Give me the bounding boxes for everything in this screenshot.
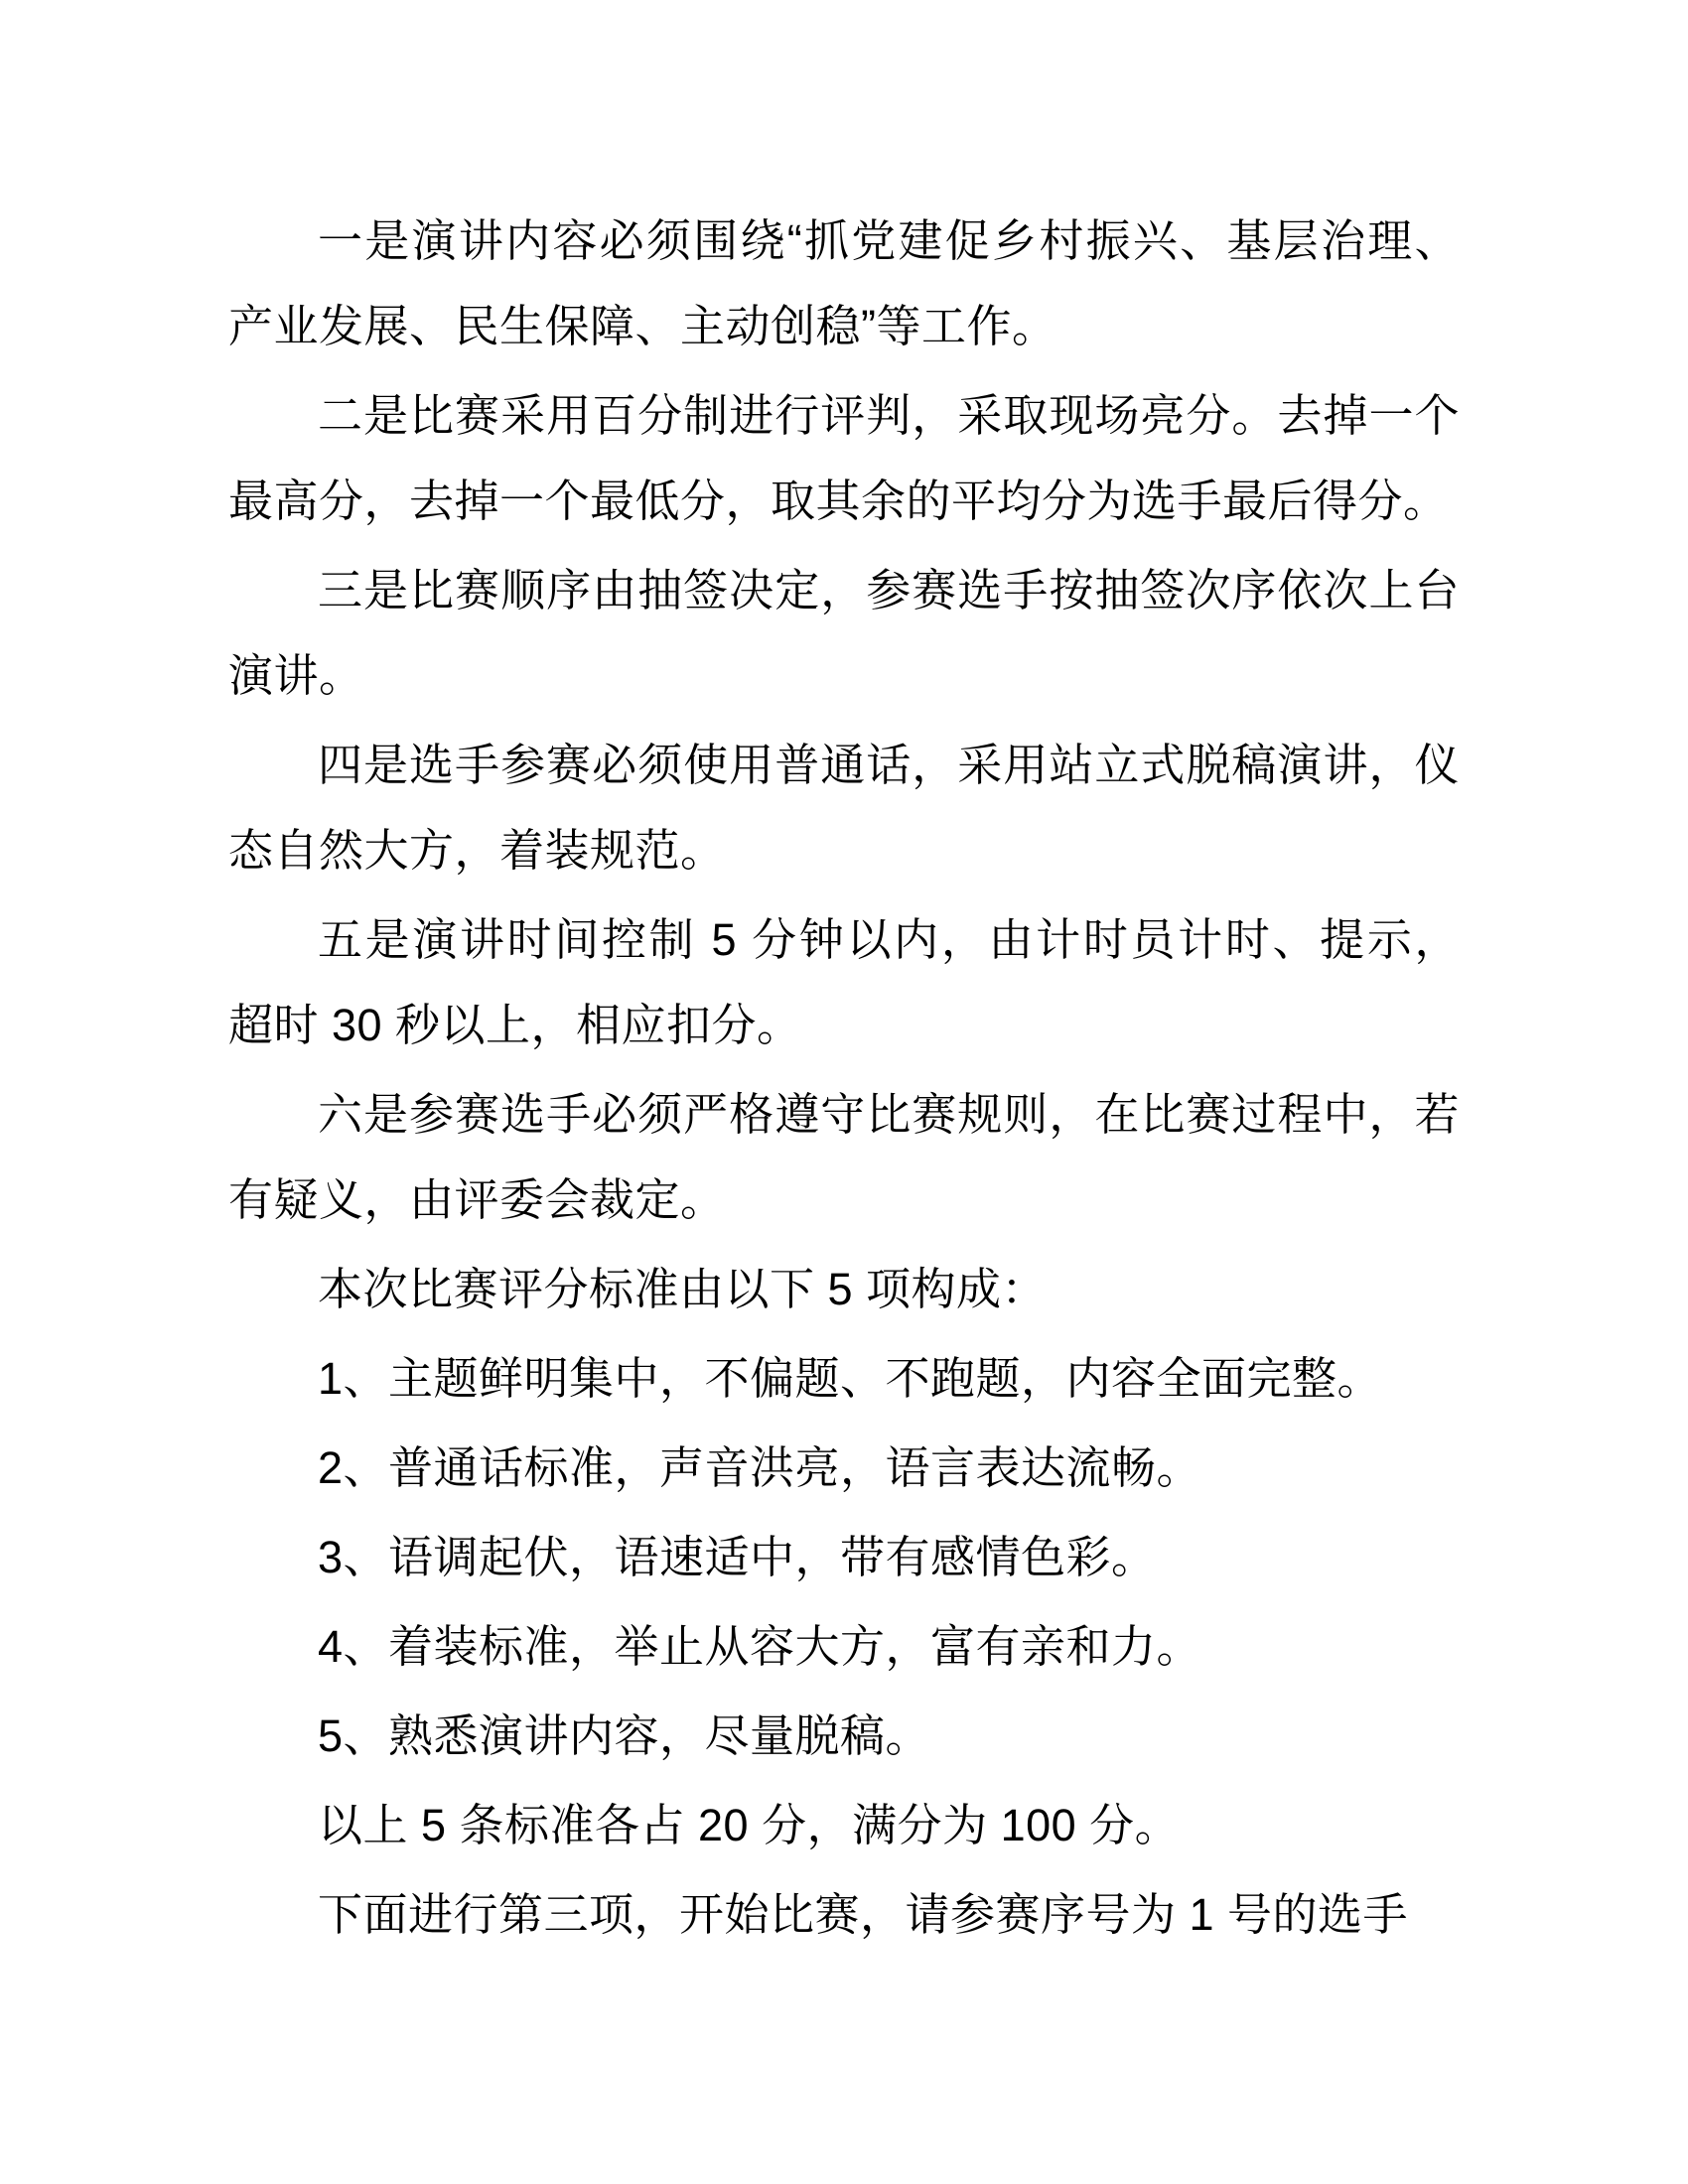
text-line: 三是比赛顺序由抽签决定，参赛选手按抽签次序依次上台	[228, 548, 1460, 633]
text-line: 态自然大方，着装规范。	[228, 808, 1460, 893]
paragraph: 4、着装标准，举止从容大方，富有亲和力。	[228, 1604, 1460, 1690]
paragraph: 四是选手参赛必须使用普通话，采用站立式脱稿演讲，仪 态自然大方，着装规范。	[228, 723, 1460, 893]
text-line: 5、熟悉演讲内容，尽量脱稿。	[228, 1694, 1460, 1779]
text-line: 演讲。	[228, 633, 1460, 719]
text-line: 四是选手参赛必须使用普通话，采用站立式脱稿演讲，仪	[228, 723, 1460, 808]
paragraph: 以上 5 条标准各占 20 分，满分为 100 分。	[228, 1783, 1460, 1868]
paragraph: 三是比赛顺序由抽签决定，参赛选手按抽签次序依次上台 演讲。	[228, 548, 1460, 719]
paragraph: 下面进行第三项，开始比赛，请参赛序号为 1 号的选手	[228, 1872, 1460, 1958]
text-line: 4、着装标准，举止从容大方，富有亲和力。	[228, 1604, 1460, 1690]
text-line: 以上 5 条标准各占 20 分，满分为 100 分。	[228, 1783, 1460, 1868]
paragraph: 3、语调起伏，语速适中，带有感情色彩。	[228, 1515, 1460, 1600]
paragraph: 2、普通话标准，声音洪亮，语言表达流畅。	[228, 1426, 1460, 1511]
document-body: 一是演讲内容必须围绕“抓党建促乡村振兴、基层治理、 产业发展、民生保障、主动创稳…	[228, 199, 1460, 1958]
text-line: 最高分，去掉一个最低分，取其余的平均分为选手最后得分。	[228, 459, 1460, 544]
text-line: 有疑义，由评委会裁定。	[228, 1158, 1460, 1243]
text-line: 3、语调起伏，语速适中，带有感情色彩。	[228, 1515, 1460, 1600]
text-line: 二是比赛采用百分制进行评判，采取现场亮分。去掉一个	[228, 373, 1460, 459]
text-line: 产业发展、民生保障、主动创稳”等工作。	[228, 284, 1460, 369]
paragraph: 五是演讲时间控制 5 分钟以内，由计时员计时、提示， 超时 30 秒以上，相应扣…	[228, 897, 1460, 1068]
paragraph: 六是参赛选手必须严格遵守比赛规则，在比赛过程中，若 有疑义，由评委会裁定。	[228, 1072, 1460, 1243]
paragraph: 1、主题鲜明集中，不偏题、不跑题，内容全面完整。	[228, 1336, 1460, 1422]
text-line: 超时 30 秒以上，相应扣分。	[228, 983, 1460, 1068]
paragraph: 本次比赛评分标准由以下 5 项构成：	[228, 1247, 1460, 1332]
text-line: 一是演讲内容必须围绕“抓党建促乡村振兴、基层治理、	[228, 199, 1460, 284]
paragraph: 5、熟悉演讲内容，尽量脱稿。	[228, 1694, 1460, 1779]
text-line: 2、普通话标准，声音洪亮，语言表达流畅。	[228, 1426, 1460, 1511]
paragraph: 二是比赛采用百分制进行评判，采取现场亮分。去掉一个 最高分，去掉一个最低分，取其…	[228, 373, 1460, 544]
text-line: 五是演讲时间控制 5 分钟以内，由计时员计时、提示，	[228, 897, 1460, 983]
document-page: { "page": { "background_color": "#ffffff…	[0, 0, 1688, 2184]
paragraph: 一是演讲内容必须围绕“抓党建促乡村振兴、基层治理、 产业发展、民生保障、主动创稳…	[228, 199, 1460, 369]
text-line: 六是参赛选手必须严格遵守比赛规则，在比赛过程中，若	[228, 1072, 1460, 1158]
text-line: 1、主题鲜明集中，不偏题、不跑题，内容全面完整。	[228, 1336, 1460, 1422]
text-line: 本次比赛评分标准由以下 5 项构成：	[228, 1247, 1460, 1332]
text-line: 下面进行第三项，开始比赛，请参赛序号为 1 号的选手	[228, 1872, 1460, 1958]
